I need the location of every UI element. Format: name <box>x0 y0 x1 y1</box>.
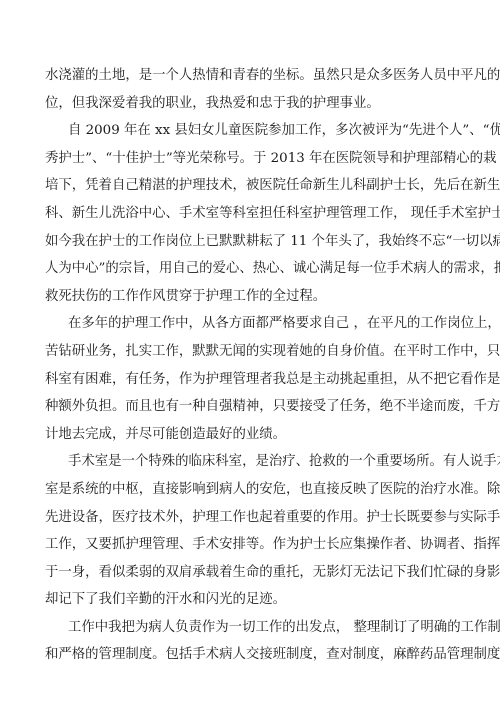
paragraph-start-line: 自 2009 年在 xx 县妇女儿童医院参加工作，多次被评为“先进个人”、“优 <box>45 117 445 145</box>
text-line: 于一身，看似柔弱的双肩承载着生命的重托，无影灯无法记下我们忙碌的身影， <box>45 559 445 587</box>
text-line: 计地去完成，并尽可能创造最好的业绩。 <box>45 421 445 449</box>
text-line: 秀护士”、“十佳护士”等光荣称号。于 2013 年在医院领导和护理部精心的栽 <box>45 145 445 173</box>
text-line: 工作，又要抓护理管理、手术安排等。作为护士长应集操作者、协调者、指挥者 <box>45 531 445 559</box>
text-line: 和严格的管理制度。包括手术病人交接班制度，查对制度，麻醉药品管理制度， <box>45 641 445 669</box>
text-line: 室是系统的中枢，直接影响到病人的安危，也直接反映了医院的治疗水准。除了 <box>45 476 445 504</box>
document-body: 水浇灌的土地，是一个人热情和青春的坐标。虽然只是众多医务人员中平凡的一 位，但我… <box>45 62 445 669</box>
text-line: 救死扶伤的工作作风贯穿于护理工作的全过程。 <box>45 283 445 311</box>
text-line: 科室有困难，有任务，作为护理管理者我总是主动挑起重担，从不把它看作是一 <box>45 366 445 394</box>
text-line: 水浇灌的土地，是一个人热情和青春的坐标。虽然只是众多医务人员中平凡的一 <box>45 62 445 90</box>
text-line: 培下，凭着自己精湛的护理技术，被医院任命新生儿科副护士长，先后在新生儿 <box>45 172 445 200</box>
text-line: 苦钻研业务，扎实工作，默默无闻的实现着她的自身价值。在平时工作中，只要 <box>45 338 445 366</box>
text-line: 种额外负担。而且也有一种自强精神，只要接受了任务，绝不半途而废，千方百 <box>45 393 445 421</box>
text-line: 人为中心”的宗旨，用自己的爱心、热心、诚心满足每一位手术病人的需求，把 <box>45 255 445 283</box>
text-line: 却记下了我们辛勤的汗水和闪光的足迹。 <box>45 586 445 614</box>
text-line: 位，但我深爱着我的职业，我热爱和忠于我的护理事业。 <box>45 90 445 118</box>
paragraph-start-line: 在多年的护理工作中，从各方面都严格要求自己 ，在平凡的工作岗位上，刻 <box>45 310 445 338</box>
paragraph-start-line: 手术室是一个特殊的临床科室，是治疗、抢救的一个重要场所。有人说手术 <box>45 448 445 476</box>
paragraph-start-line: 工作中我把为病人负责作为一切工作的出发点， 整理制订了明确的工作制度 <box>45 614 445 642</box>
text-line: 先进设备，医疗技术外，护理工作也起着重要的作用。护士长既要参与实际手术 <box>45 504 445 532</box>
text-line: 如今我在护士的工作岗位上已默默耕耘了 11 个年头了，我始终不忘“一切以病 <box>45 228 445 256</box>
text-line: 科、新生儿洗浴中心、手术室等科室担任科室护理管理工作， 现任手术室护士长。 <box>45 200 445 228</box>
